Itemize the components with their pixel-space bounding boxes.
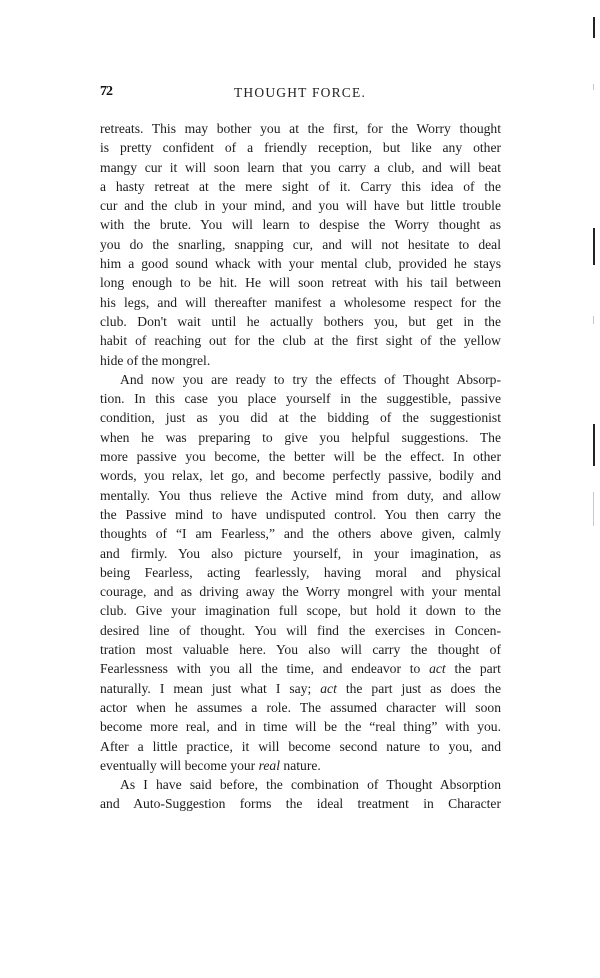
body-text: retreats. This may bother you at the fir… <box>100 119 501 814</box>
scan-edge-mark <box>593 424 595 466</box>
text-line: when he was preparing to give you helpfu… <box>100 428 501 447</box>
text-line: club. Don't wait until he actually bothe… <box>100 312 501 331</box>
text-line: habit of reaching out for the club at th… <box>100 331 501 350</box>
text-line: naturally. I mean just what I say; act t… <box>100 679 501 698</box>
text-line: with the brute. You will learn to despis… <box>100 215 501 234</box>
text-line: and firmly. You also picture yourself, i… <box>100 544 501 563</box>
text-line: desired line of thought. You will find t… <box>100 621 501 640</box>
text-line: a hasty retreat at the mere sight of it.… <box>100 177 501 196</box>
book-page: 72 THOUGHT FORCE. retreats. This may bot… <box>0 0 600 978</box>
text-line: retreats. This may bother you at the fir… <box>100 119 501 138</box>
running-title: THOUGHT FORCE. <box>100 85 500 101</box>
text-line: actor when he assumes a role. The assume… <box>100 698 501 717</box>
text-line: him a good sound whack with your mental … <box>100 254 501 273</box>
text-line: hide of the mongrel. <box>100 351 501 370</box>
text-line: you do the snarling, snapping cur, and w… <box>100 235 501 254</box>
paragraph-first-line: As I have said before, the combination o… <box>100 775 501 794</box>
text-line: his legs, and will thereafter manifest a… <box>100 293 501 312</box>
text-line: tion. In this case you place yourself in… <box>100 389 501 408</box>
text-line: eventually will become your real nature. <box>100 756 501 775</box>
text-line: cur and the club in your mind, and you w… <box>100 196 501 215</box>
text-line: long enough to be hit. He will soon retr… <box>100 273 501 292</box>
text-line: courage, and as driving away the Worry m… <box>100 582 501 601</box>
scan-edge-mark <box>593 84 594 90</box>
text-line: being Fearless, acting fearlessly, havin… <box>100 563 501 582</box>
text-line: condition, just as you did at the biddin… <box>100 408 501 427</box>
text-line: After a little practice, it will become … <box>100 737 501 756</box>
text-line: mangy cur it will soon learn that you ca… <box>100 158 501 177</box>
scan-edge-mark <box>593 17 595 38</box>
text-line: tration most valuable here. You also wil… <box>100 640 501 659</box>
scan-edge-mark <box>593 316 594 324</box>
paragraph-first-line: And now you are ready to try the effects… <box>100 370 501 389</box>
text-line: Fearlessness with you all the time, and … <box>100 659 501 678</box>
text-line: become more real, and in time will be th… <box>100 717 501 736</box>
text-line: club. Give your imagination full scope, … <box>100 601 501 620</box>
running-head: 72 THOUGHT FORCE. <box>100 84 500 104</box>
text-line: words, you relax, let go, and become per… <box>100 466 501 485</box>
text-line: thoughts of “I am Fearless,” and the oth… <box>100 524 501 543</box>
scan-edge-mark <box>593 492 594 526</box>
text-line: more passive you become, the better will… <box>100 447 501 466</box>
text-line: mentally. You thus relieve the Active mi… <box>100 486 501 505</box>
scan-edge-mark <box>593 228 595 265</box>
text-line: and Auto-Suggestion forms the ideal trea… <box>100 794 501 813</box>
text-line: is pretty confident of a friendly recept… <box>100 138 501 157</box>
text-line: the Passive mind to have undisputed cont… <box>100 505 501 524</box>
